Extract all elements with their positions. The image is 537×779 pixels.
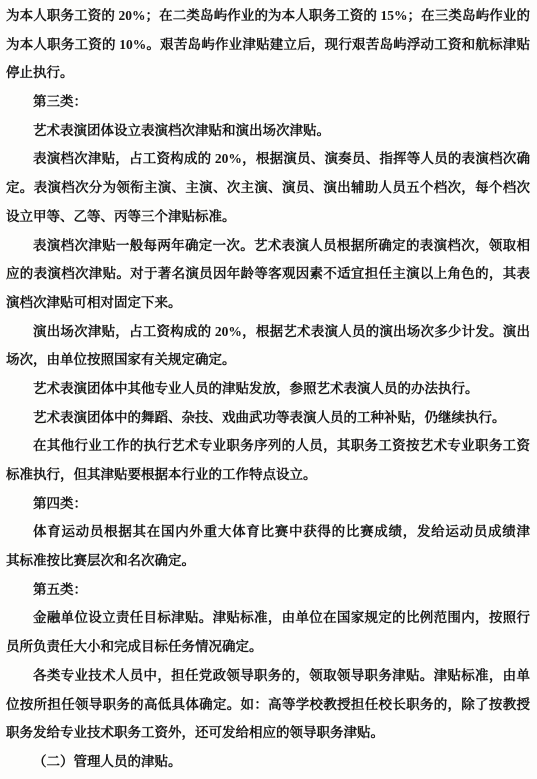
text-line: 各类专业技术人员中，担任党政领导职务的，领取领导职务津贴。津贴标准，由单 [6, 662, 530, 691]
section-heading-line: 第五类： [6, 576, 530, 605]
text-line: 员所负责任大小和完成目标任务情况确定。 [6, 633, 530, 662]
text-line: 停止执行。 [6, 59, 530, 88]
text-line: 为本人职务工资的 10%。艰苦岛屿作业津贴建立后，现行艰苦岛屿浮动工资和航标津贴 [6, 31, 530, 60]
text-line: 应的表演档次津贴。对于著名演员因年龄等客观因素不适宜担任主演以上角色的，其表 [6, 260, 530, 289]
text-line: 位按所担任领导职务的高低具体确定。如：高等学校教授担任校长职务的，除了按教授 [6, 691, 530, 720]
text-line: 其标准按比赛层次和名次确定。 [6, 547, 530, 576]
text-line: 体育运动员根据其在国内外重大体育比赛中获得的比赛成绩，发给运动员成绩津贴。 [6, 518, 530, 547]
section-heading-line: 第三类： [6, 88, 530, 117]
section-heading-line: 第四类： [6, 490, 530, 519]
text-line: 职务发给专业技术职务工资外，还可发给相应的领导职务津贴。 [6, 719, 530, 748]
text-line: 为本人职务工资的 20%；在二类岛屿作业的为本人职务工资的 15%；在三类岛屿作… [6, 2, 530, 31]
text-line: 定。表演档次分为领衔主演、主演、次主演、演员、演出辅助人员五个档次，每个档次 [6, 174, 530, 203]
text-line: 标准执行，但其津贴要根据本行业的工作特点设立。 [6, 461, 530, 490]
text-line: 表演档次津贴，占工资构成的 20%，根据演员、演奏员、指挥等人员的表演档次确 [6, 145, 530, 174]
text-line: 设立甲等、乙等、丙等三个津贴标准。 [6, 203, 530, 232]
text-line: 场次，由单位按照国家有关规定确定。 [6, 346, 530, 375]
text-line: 艺术表演团体中其他专业人员的津贴发放，参照艺术表演人员的办法执行。 [6, 375, 530, 404]
text-line: 艺术表演团体设立表演档次津贴和演出场次津贴。 [6, 117, 530, 146]
subsection-heading-line: （二）管理人员的津贴。 [6, 748, 530, 777]
text-line: 金融单位设立责任目标津贴。津贴标准，由单位在国家规定的比例范围内，按照行 [6, 604, 530, 633]
scanned-document-page: 为本人职务工资的 20%；在二类岛屿作业的为本人职务工资的 15%；在三类岛屿作… [0, 0, 537, 779]
text-line: 演出场次津贴，占工资构成的 20%，根据艺术表演人员的演出场次多少计发。演出 [6, 318, 530, 347]
text-line: 表演档次津贴一般每两年确定一次。艺术表演人员根据所确定的表演档次，领取相 [6, 232, 530, 261]
text-line: 艺术表演团体中的舞蹈、杂技、戏曲武功等表演人员的工种补贴，仍继续执行。 [6, 404, 530, 433]
text-line: 在其他行业工作的执行艺术专业职务序列的人员，其职务工资按艺术专业职务工资 [6, 432, 530, 461]
text-line: 演档次津贴可相对固定下来。 [6, 289, 530, 318]
